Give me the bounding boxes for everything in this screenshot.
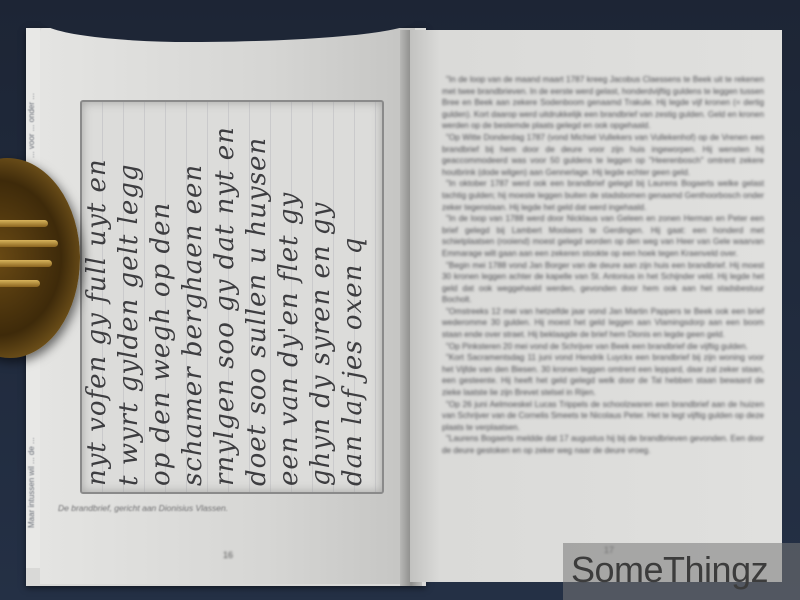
paragraph: "Op Witte Donderdag 1787 (vond Michiel V…: [442, 132, 764, 178]
spine-text-lower: Maar intussen wil ... de ...: [27, 437, 36, 528]
letter-line: ghyn dy syren en gy: [306, 202, 336, 486]
right-page-body-text: "In de loop van de maand maart 1787 kree…: [442, 74, 764, 457]
letter-line: dan laf jes oxen q: [338, 237, 368, 486]
paragraph: "In oktober 1787 werd ook een brandbrief…: [442, 178, 764, 213]
handwritten-letter: nyt vofen gy full uyt en t wyrt gylden g…: [80, 100, 384, 494]
letter-line: op den wegh op den: [146, 202, 176, 486]
paragraph: "Begin mei 1788 vond Jan Borger van de d…: [442, 260, 764, 306]
letter-line: t wyrt gylden gelt legg: [114, 163, 144, 486]
brass-ridge: [0, 220, 48, 227]
letter-line: een van dy'en flet gy: [274, 192, 304, 486]
paragraph: "Omstreeks 12 mei van hetzelfde jaar von…: [442, 306, 764, 341]
watermark-text: SomeThingz: [571, 549, 768, 591]
letter-caption: De brandbrief, gericht aan Dionisius Vla…: [58, 503, 228, 513]
paragraph: "Op Pinksteren 20 mei vond de Schrijver …: [442, 341, 764, 353]
letter-line: nyt vofen gy full uyt en: [82, 158, 112, 486]
watermark: SomeThingz: [563, 543, 800, 600]
spine-text-upper: ... voor ... onder ...: [27, 93, 36, 158]
paragraph: "Op 26 juni Aelmoeskel Lucas Trippels de…: [442, 399, 764, 434]
page-number-left: 16: [223, 550, 233, 560]
paragraph: "In de loop van de maand maart 1787 kree…: [442, 74, 764, 132]
letter-line: schamer berghaen een: [178, 164, 208, 486]
letter-line: rnylgen soo gy dat nyt en: [210, 126, 240, 486]
brass-ridge: [0, 280, 40, 287]
letter-line: doet soo sullen u huysen: [242, 137, 272, 486]
brass-ridge: [0, 240, 58, 247]
paragraph: "In de loop van 1788 werd door Nicklaus …: [442, 213, 764, 259]
brass-ridge: [0, 260, 52, 267]
paragraph: "Kort Sacramentsdag 11 juni vond Hendrik…: [442, 352, 764, 398]
paragraph: "Laurens Bogaerts meldde dat 17 augustus…: [442, 433, 764, 456]
